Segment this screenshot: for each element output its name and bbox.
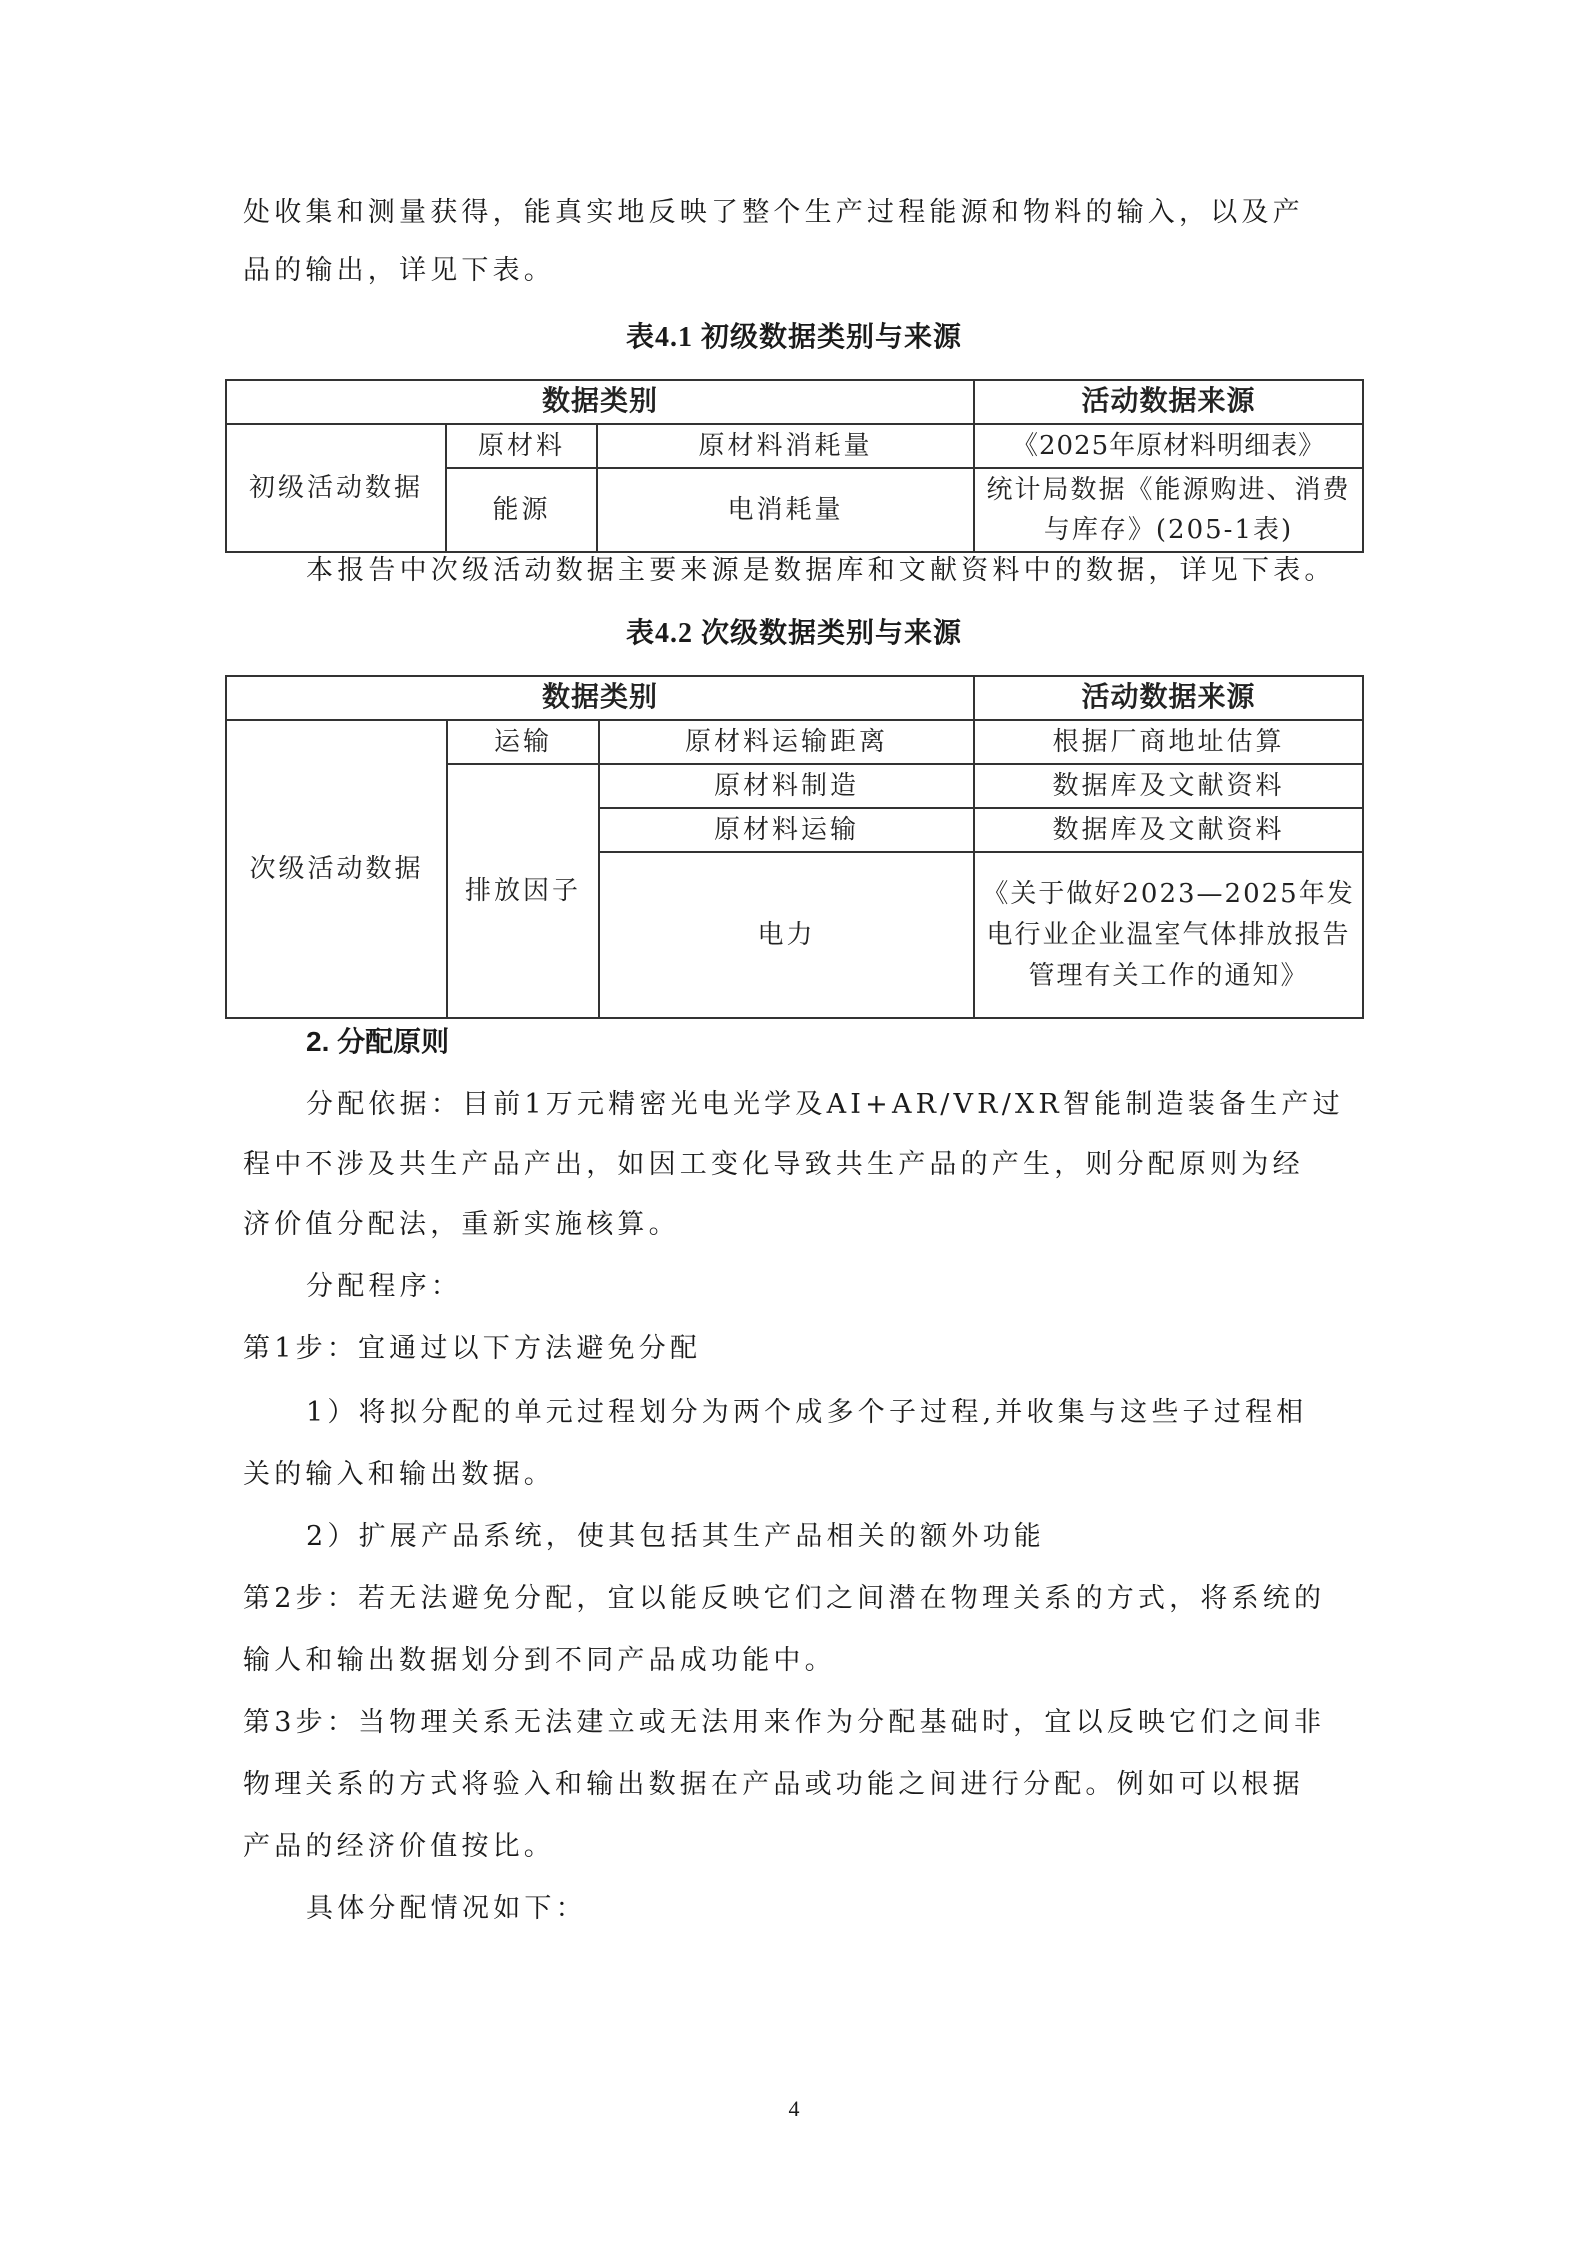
table-cell-item: 原材料运输 <box>599 808 974 852</box>
paragraph-line: 本报告中次级活动数据主要来源是数据库和文献资料中的数据，详见下表。 <box>306 556 1336 586</box>
paragraph-line: 关的输入和输出数据。 <box>243 1460 555 1490</box>
section-heading: 2. 分配原则 <box>306 1020 449 1060</box>
table-group-label: 初级活动数据 <box>226 424 446 552</box>
paragraph-line: 处收集和测量获得，能真实地反映了整个生产过程能源和物料的输入，以及产 <box>243 198 1304 228</box>
primary-data-table: 数据类别 活动数据来源 初级活动数据 原材料 原材料消耗量 《2025年原材料明… <box>225 379 1364 553</box>
table-cell-category: 排放因子 <box>447 764 599 1018</box>
step-line: 第1步：宜通过以下方法避免分配 <box>243 1334 701 1364</box>
table-group-label: 次级活动数据 <box>226 720 447 1018</box>
table-cell-item: 原材料消耗量 <box>597 424 974 468</box>
table-header-source: 活动数据来源 <box>974 676 1363 720</box>
paragraph-line: 物理关系的方式将验入和输出数据在产品或功能之间进行分配。例如可以根据 <box>243 1770 1304 1800</box>
table-cell-source: 《2025年原材料明细表》 <box>974 424 1363 468</box>
paragraph-line: 分配程序： <box>306 1272 462 1302</box>
table-cell-source: 统计局数据《能源购进、消费与库存》(205-1表) <box>974 468 1363 552</box>
paragraph-line: 具体分配情况如下： <box>306 1894 587 1924</box>
table-cell-source: 根据厂商地址估算 <box>974 720 1363 764</box>
table-cell-item: 电力 <box>599 852 974 1018</box>
step-line: 第3步：当物理关系无法建立或无法用来作为分配基础时，宜以反映它们之间非 <box>243 1708 1325 1738</box>
table-cell-category: 能源 <box>446 468 597 552</box>
table-cell-source: 数据库及文献资料 <box>974 764 1363 808</box>
table-cell-item: 原材料运输距离 <box>599 720 974 764</box>
table-cell-category: 运输 <box>447 720 599 764</box>
paragraph-line: 产品的经济价值按比。 <box>243 1832 555 1862</box>
step-line: 第2步：若无法避免分配，宜以能反映它们之间潜在物理关系的方式，将系统的 <box>243 1584 1325 1614</box>
table-cell-item: 原材料制造 <box>599 764 974 808</box>
table-cell-source: 数据库及文献资料 <box>974 808 1363 852</box>
paragraph-line: 济价值分配法，重新实施核算。 <box>243 1210 680 1240</box>
table-caption: 表4.1 初级数据类别与来源 <box>0 322 1588 354</box>
table-cell-source: 《关于做好2023—2025年发电行业企业温室气体排放报告管理有关工作的通知》 <box>974 852 1363 1018</box>
paragraph-line: 2）扩展产品系统，使其包括其生产品相关的额外功能 <box>306 1522 1045 1552</box>
secondary-data-table: 数据类别 活动数据来源 次级活动数据 运输 原材料运输距离 根据厂商地址估算 排… <box>225 675 1364 1019</box>
table-caption: 表4.2 次级数据类别与来源 <box>0 618 1588 650</box>
paragraph-line: 输人和输出数据划分到不同产品成功能中。 <box>243 1646 836 1676</box>
paragraph-line: 程中不涉及共生产品产出，如因工变化导致共生产品的产生，则分配原则为经 <box>243 1150 1304 1180</box>
paragraph-line: 品的输出，详见下表。 <box>243 256 555 286</box>
paragraph-line: 分配依据：目前1万元精密光电光学及AI+AR/VR/XR智能制造装备生产过 <box>306 1090 1344 1120</box>
table-cell-item: 电消耗量 <box>597 468 974 552</box>
table-header-source: 活动数据来源 <box>974 380 1363 424</box>
paragraph-line: 1）将拟分配的单元过程划分为两个成多个子过程,并收集与这些子过程相 <box>306 1398 1307 1428</box>
table-header-category: 数据类别 <box>226 676 974 720</box>
page-number: 4 <box>0 2096 1588 2122</box>
table-cell-category: 原材料 <box>446 424 597 468</box>
table-header-category: 数据类别 <box>226 380 974 424</box>
